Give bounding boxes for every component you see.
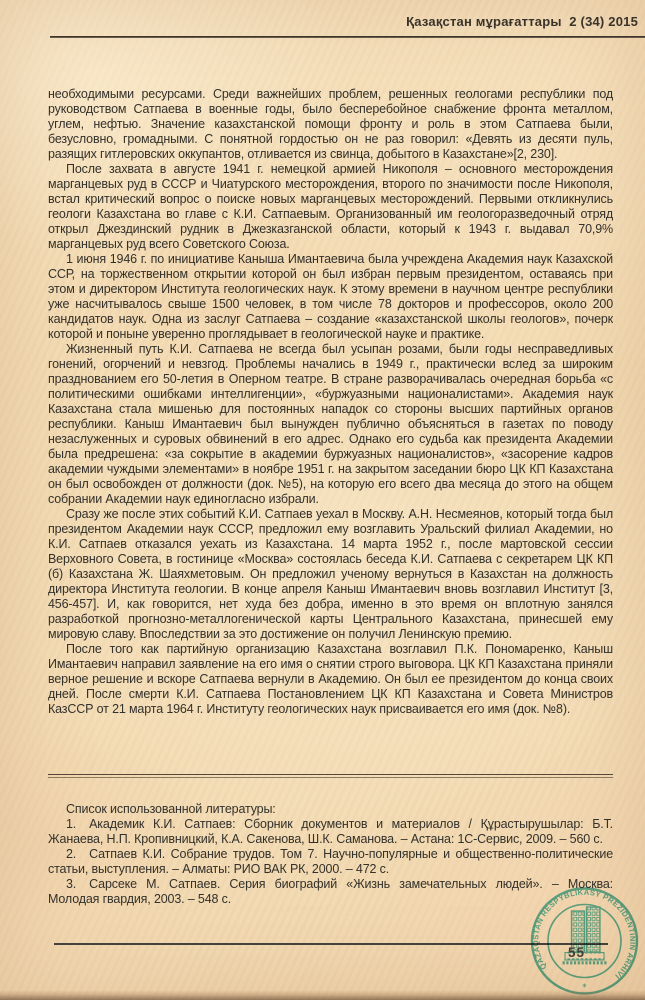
bibliography-item: 1.Академик К.И. Сатпаев: Сборник докумен… xyxy=(48,817,613,847)
footer-rule xyxy=(54,943,608,945)
article-body: необходимыми ресурсами. Среди важнейших … xyxy=(48,87,613,717)
archive-stamp: QAZAQSTAN RESPÝBLIKASY PREZIDENTINIÑ ARH… xyxy=(527,884,645,1000)
section-divider xyxy=(48,774,613,778)
page-number: 55 xyxy=(568,945,585,960)
paragraph: После того как партийную организацию Каз… xyxy=(48,642,613,717)
bib-item-text: Сатпаев К.И. Собрание трудов. Том 7. Нау… xyxy=(48,847,613,876)
paragraph: необходимыми ресурсами. Среди важнейших … xyxy=(48,87,613,162)
paragraph: После захвата в августе 1941 г. немецкой… xyxy=(48,162,613,252)
header-rule xyxy=(50,36,645,38)
bib-item-number: 3. xyxy=(66,877,89,891)
bib-item-number: 1. xyxy=(66,817,89,831)
bib-item-number: 2. xyxy=(66,847,89,861)
journal-header: Қазақстан мұрағаттары 2 (34) 2015 xyxy=(406,14,638,29)
paragraph: 1 июня 1946 г. по инициативе Каныша Иман… xyxy=(48,252,613,342)
scan-edge xyxy=(0,990,645,1000)
stamp-star-icon: ✶ xyxy=(582,982,588,990)
bibliography-heading: Список использованной литературы: xyxy=(48,802,613,817)
paragraph: Сразу же после этих событий К.И. Сатпаев… xyxy=(48,507,613,642)
bibliography-item: 2.Сатпаев К.И. Собрание трудов. Том 7. Н… xyxy=(48,847,613,877)
document-page: Қазақстан мұрағаттары 2 (34) 2015 необхо… xyxy=(0,0,645,1000)
paragraph: Жизненный путь К.И. Сатпаева не всегда б… xyxy=(48,342,613,507)
bib-item-text: Академик К.И. Сатпаев: Сборник документо… xyxy=(48,817,613,846)
